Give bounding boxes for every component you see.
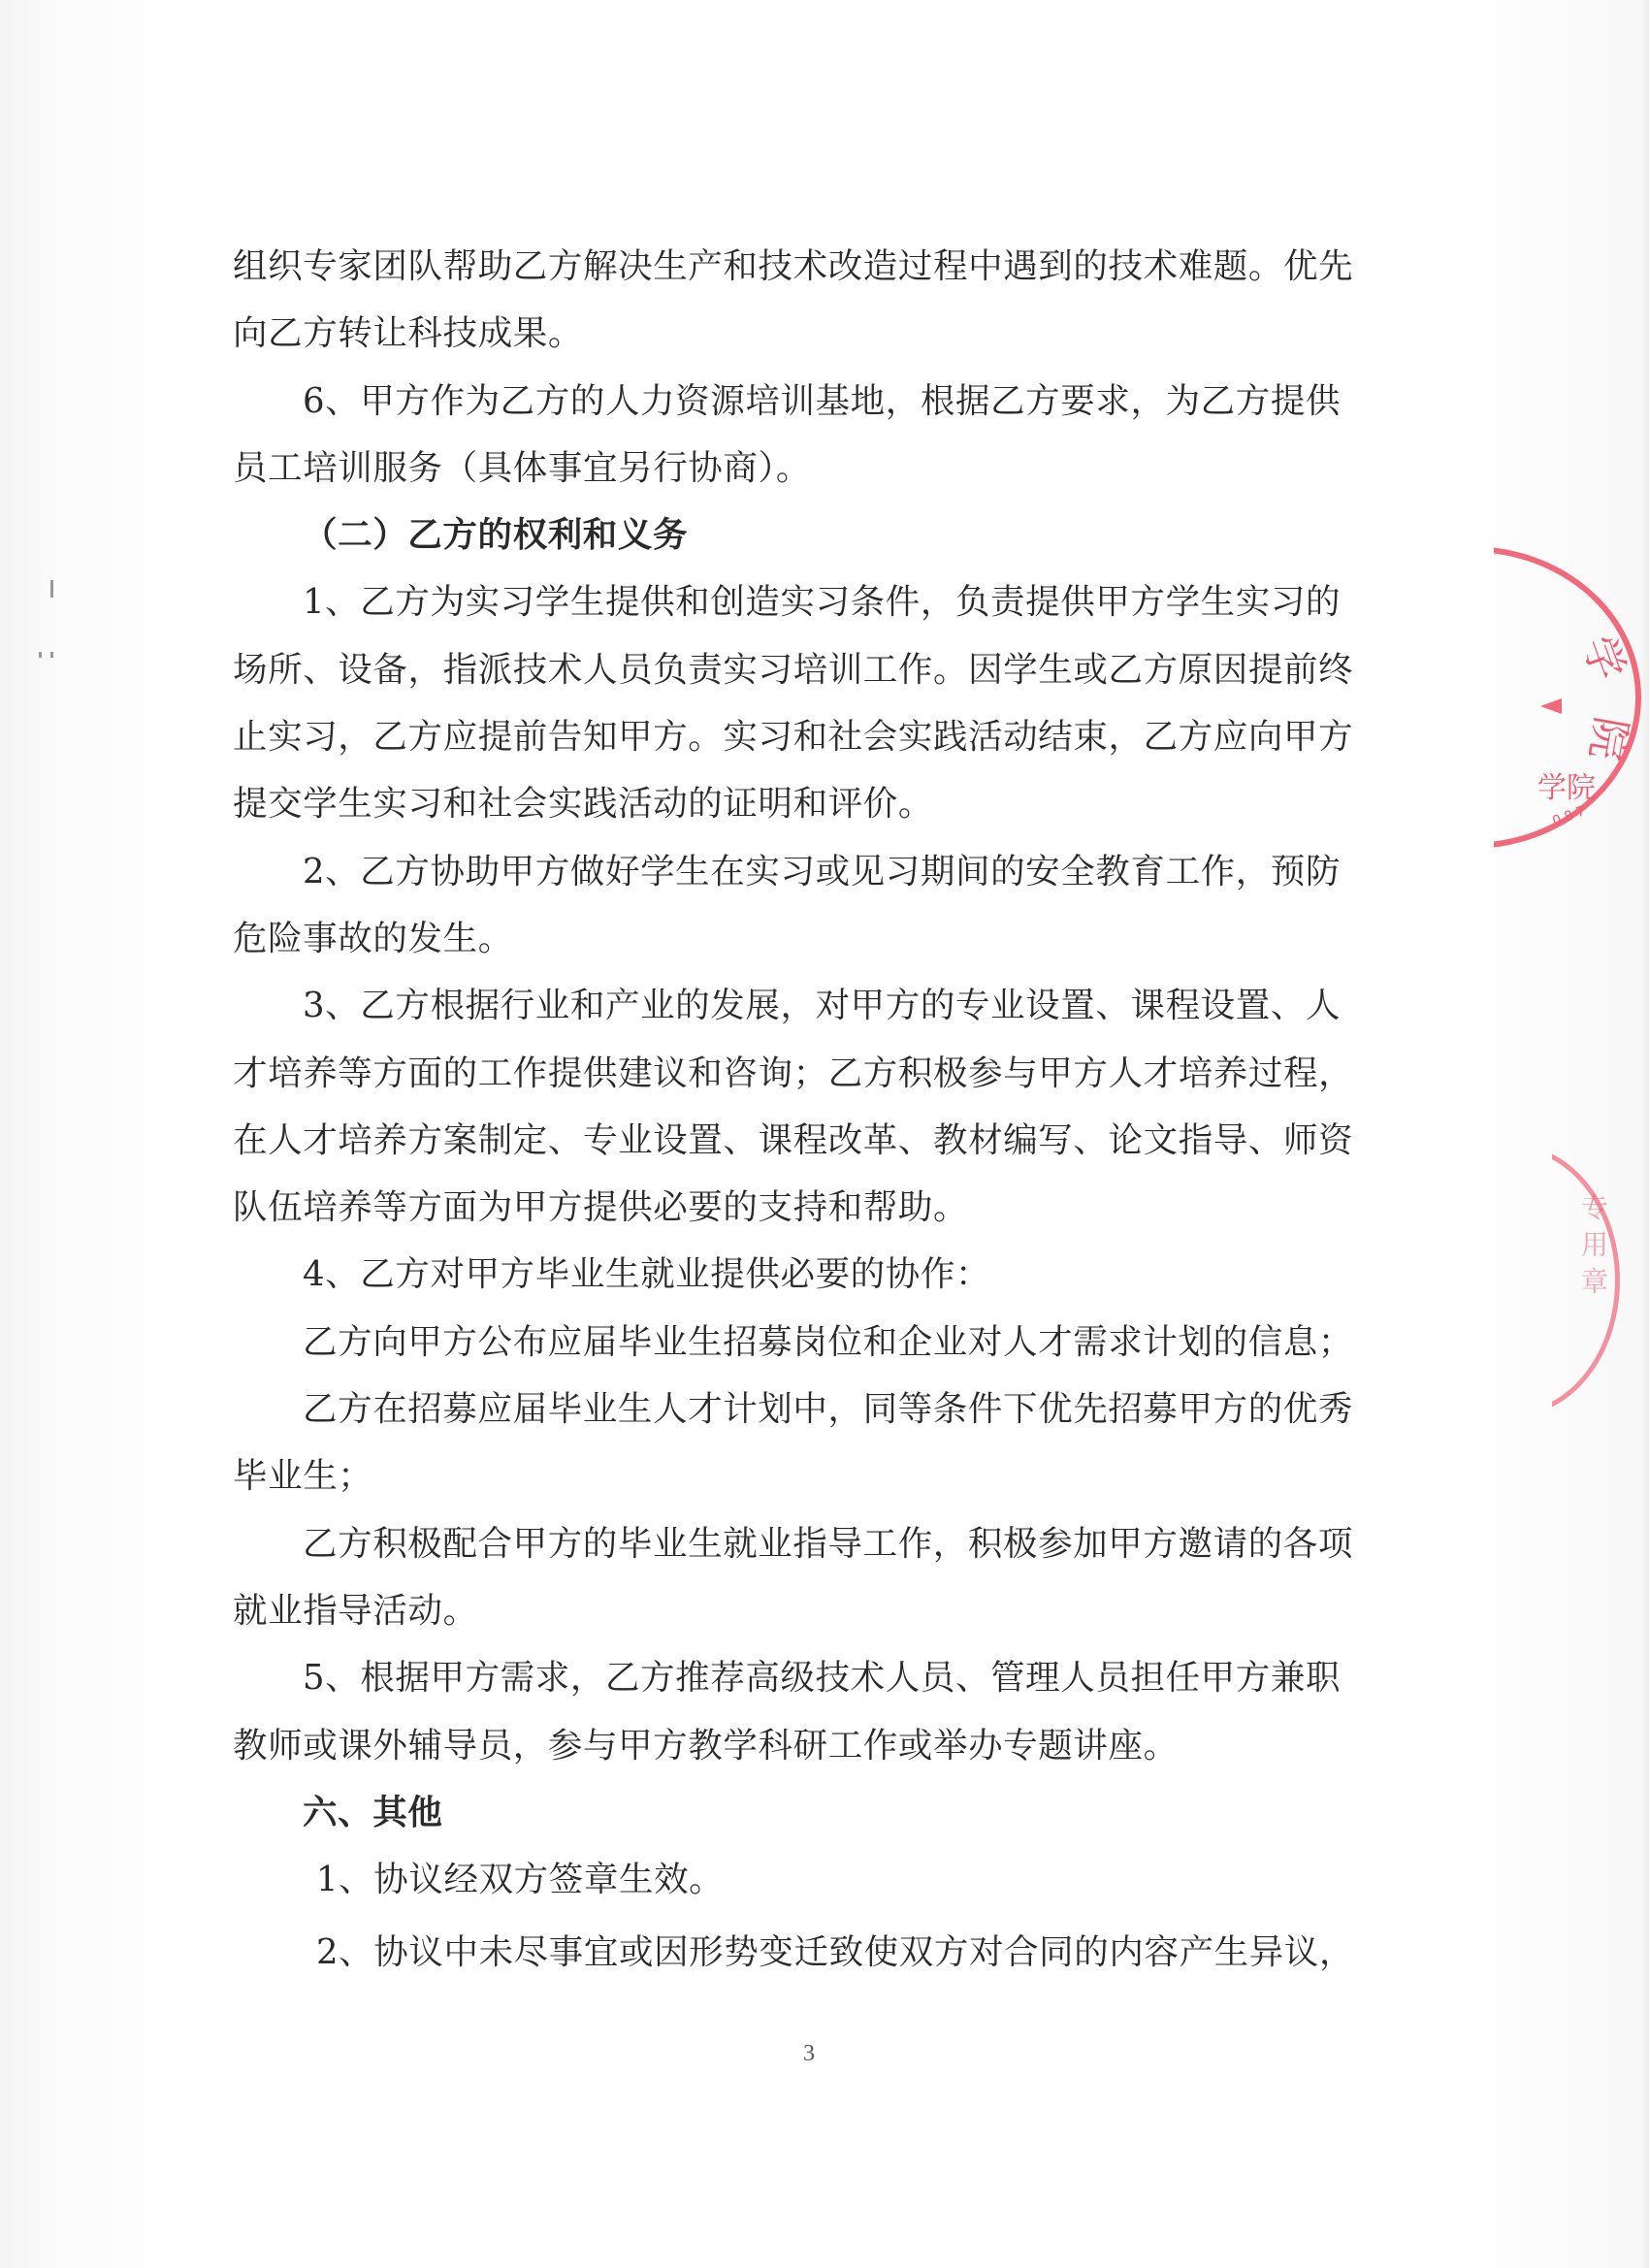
scanned-page: 组织专家团队帮助乙方解决生产和技术改造过程中遇到的技术难题。优先 向乙方转让科技… [0,0,1649,2268]
paragraph-line: 3、乙方根据行业和产业的发展，对甲方的专业设置、课程设置、人 [233,972,1387,1039]
paragraph-line: 乙方在招募应届毕业生人才计划中，同等条件下优先招募甲方的优秀 [233,1376,1387,1442]
paragraph-line: 员工培训服务（具体事宜另行协商）。 [233,435,1387,502]
scan-speck [39,652,42,658]
seal-inner-text: 学院 [1537,763,1596,806]
paragraph-line: 1、乙方为实习学生提供和创造实习条件，负责提供甲方学生实习的 [233,568,1387,635]
paragraph-line: 2、协议中未尽事宜或因形势变迁致使双方对合同的内容产生异议， [233,1919,1387,1986]
section-heading: 六、其他 [233,1779,1387,1846]
paragraph-line: 毕业生； [233,1442,1387,1509]
paragraph-line: 才培养等方面的工作提供建议和咨询；乙方积极参与甲方人才培养过程， [233,1040,1387,1107]
paragraph-line: 在人才培养方案制定、专业设置、课程改革、教材编写、论文指导、师资 [233,1107,1387,1174]
document-body: 组织专家团队帮助乙方解决生产和技术改造过程中遇到的技术难题。优先 向乙方转让科技… [233,233,1387,1987]
page-number: 3 [803,2041,815,2067]
seal-text: 专用章 [1573,1193,1612,1304]
paragraph-line: 乙方向甲方公布应届毕业生招募岗位和企业对人才需求计划的信息； [233,1309,1387,1376]
section-heading: （二）乙方的权利和义务 [233,502,1387,568]
paragraph-line: 队伍培养等方面为甲方提供必要的支持和帮助。 [233,1174,1387,1241]
paragraph-line: 组织专家团队帮助乙方解决生产和技术改造过程中遇到的技术难题。优先 [233,233,1387,300]
paragraph-line: 危险事故的发生。 [233,905,1387,972]
paragraph-line: 教师或课外辅导员，参与甲方教学科研工作或举办专题讲座。 [233,1712,1387,1779]
paragraph-line: 2、乙方协助甲方做好学生在实习或见习期间的安全教育工作，预防 [233,838,1387,905]
paragraph-line: 向乙方转让科技成果。 [233,300,1387,367]
official-seal-mid: 专用章 [1552,1135,1649,1426]
scan-speck [50,580,53,598]
paragraph-line: 就业指导活动。 [233,1577,1387,1644]
paragraph-line: 乙方积极配合甲方的毕业生就业指导工作，积极参加甲方邀请的各项 [233,1510,1387,1577]
paragraph-line: 5、根据甲方需求，乙方推荐高级技术人员、管理人员担任甲方兼职 [233,1644,1387,1711]
scan-speck [50,652,53,658]
seal-star [1540,698,1562,714]
paragraph-line: 场所、设备，指派技术人员负责实习培训工作。因学生或乙方原因提前终 [233,636,1387,703]
paragraph-line: 1、协议经双方签章生效。 [233,1846,1387,1913]
paragraph-line: 止实习，乙方应提前告知甲方。实习和社会实践活动结束，乙方应向甲方 [233,703,1387,770]
official-seal-top: 学 院 学院 087 [1494,538,1649,859]
paragraph-line: 4、乙方对甲方毕业生就业提供必要的协作： [233,1241,1387,1308]
paragraph-line: 6、甲方作为乙方的人力资源培训基地，根据乙方要求，为乙方提供 [233,368,1387,435]
paragraph-line: 提交学生实习和社会实践活动的证明和评价。 [233,770,1387,837]
